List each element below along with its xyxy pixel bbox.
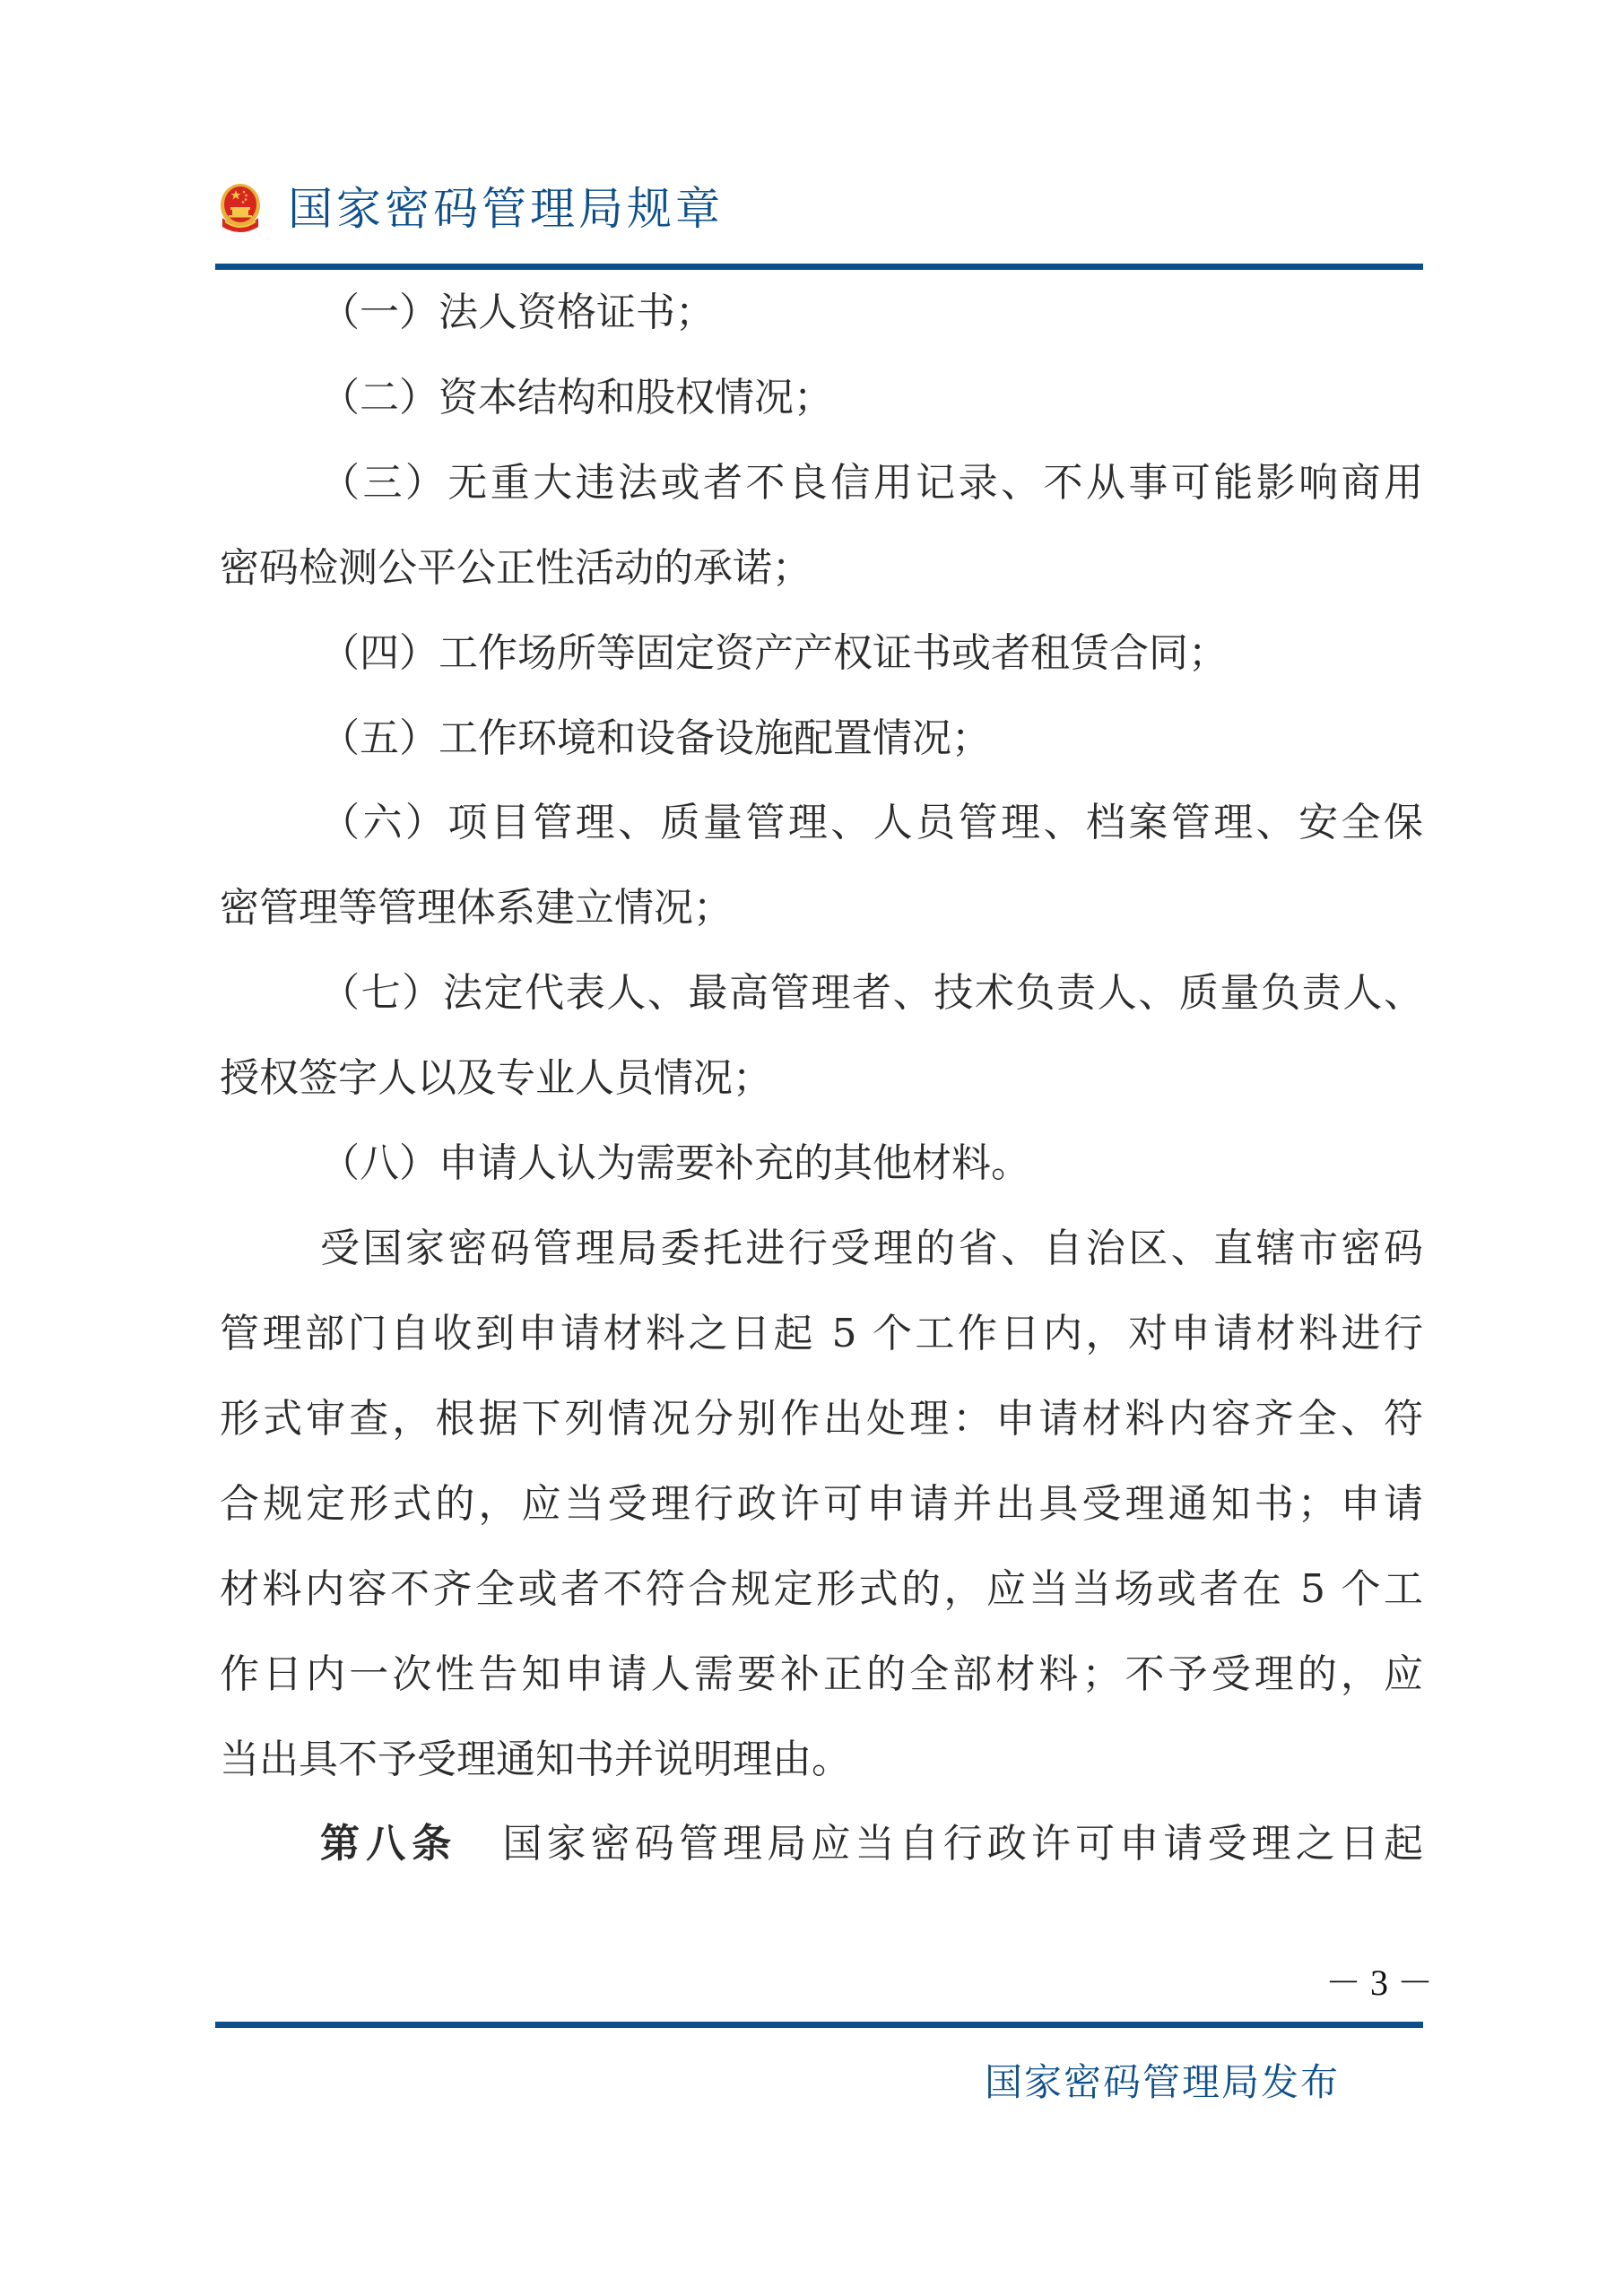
page-header: 国家密码管理局规章 — [220, 178, 724, 240]
list-item-1: （一）法人资格证书； — [220, 286, 1423, 340]
page-number: － 3 － — [1325, 1963, 1424, 2003]
paragraph-line-7: 当出具不予受理通知书并说明理由。 — [220, 1733, 1423, 1787]
paragraph-line-3: 形式审查，根据下列情况分别作出处理：申请材料内容齐全、符 — [220, 1392, 1423, 1446]
header-divider — [215, 264, 1423, 270]
national-emblem-icon — [220, 182, 261, 236]
paragraph-line-4: 合规定形式的，应当受理行政许可申请并出具受理通知书；申请 — [220, 1477, 1423, 1531]
list-item-8: （八）申请人认为需要补充的其他材料。 — [220, 1137, 1423, 1191]
list-item-6-line-1: （六）项目管理、质量管理、人员管理、档案管理、安全保 — [220, 796, 1423, 850]
article-8-line-1: 第八条国家密码管理局应当自行政许可申请受理之日起 — [220, 1817, 1423, 1871]
document-page: 国家密码管理局规章 （一）法人资格证书； （二）资本结构和股权情况； （三）无重… — [0, 0, 1624, 2296]
footer-divider — [215, 2022, 1423, 2028]
list-item-7-line-2: 授权签字人以及专业人员情况； — [220, 1052, 1423, 1105]
header-title: 国家密码管理局规章 — [288, 186, 724, 231]
list-item-4: （四）工作场所等固定资产产权证书或者租赁合同； — [220, 627, 1423, 680]
list-item-2: （二）资本结构和股权情况； — [220, 371, 1423, 425]
list-item-3-line-2: 密码检测公平公正性活动的承诺； — [220, 542, 1423, 595]
footer-publisher: 国家密码管理局发布 — [985, 2058, 1340, 2108]
list-item-7-line-1: （七）法定代表人、最高管理者、技术负责人、质量负责人、 — [220, 966, 1423, 1020]
list-item-3-line-1: （三）无重大违法或者不良信用记录、不从事可能影响商用 — [220, 456, 1423, 510]
article-text: 国家密码管理局应当自行政许可申请受理之日起 — [502, 1821, 1423, 1867]
paragraph-line-6: 作日内一次性告知申请人需要补正的全部材料；不予受理的，应 — [220, 1648, 1423, 1702]
paragraph-line-1: 受国家密码管理局委托进行受理的省、自治区、直辖市密码 — [220, 1222, 1423, 1276]
article-label: 第八条 — [320, 1821, 457, 1867]
list-item-5: （五）工作环境和设备设施配置情况； — [220, 712, 1423, 766]
list-item-6-line-2: 密管理等管理体系建立情况； — [220, 881, 1423, 935]
paragraph-line-5: 材料内容不齐全或者不符合规定形式的，应当当场或者在 5 个工 — [220, 1563, 1423, 1616]
paragraph-line-2: 管理部门自收到申请材料之日起 5 个工作日内，对申请材料进行 — [220, 1307, 1423, 1361]
